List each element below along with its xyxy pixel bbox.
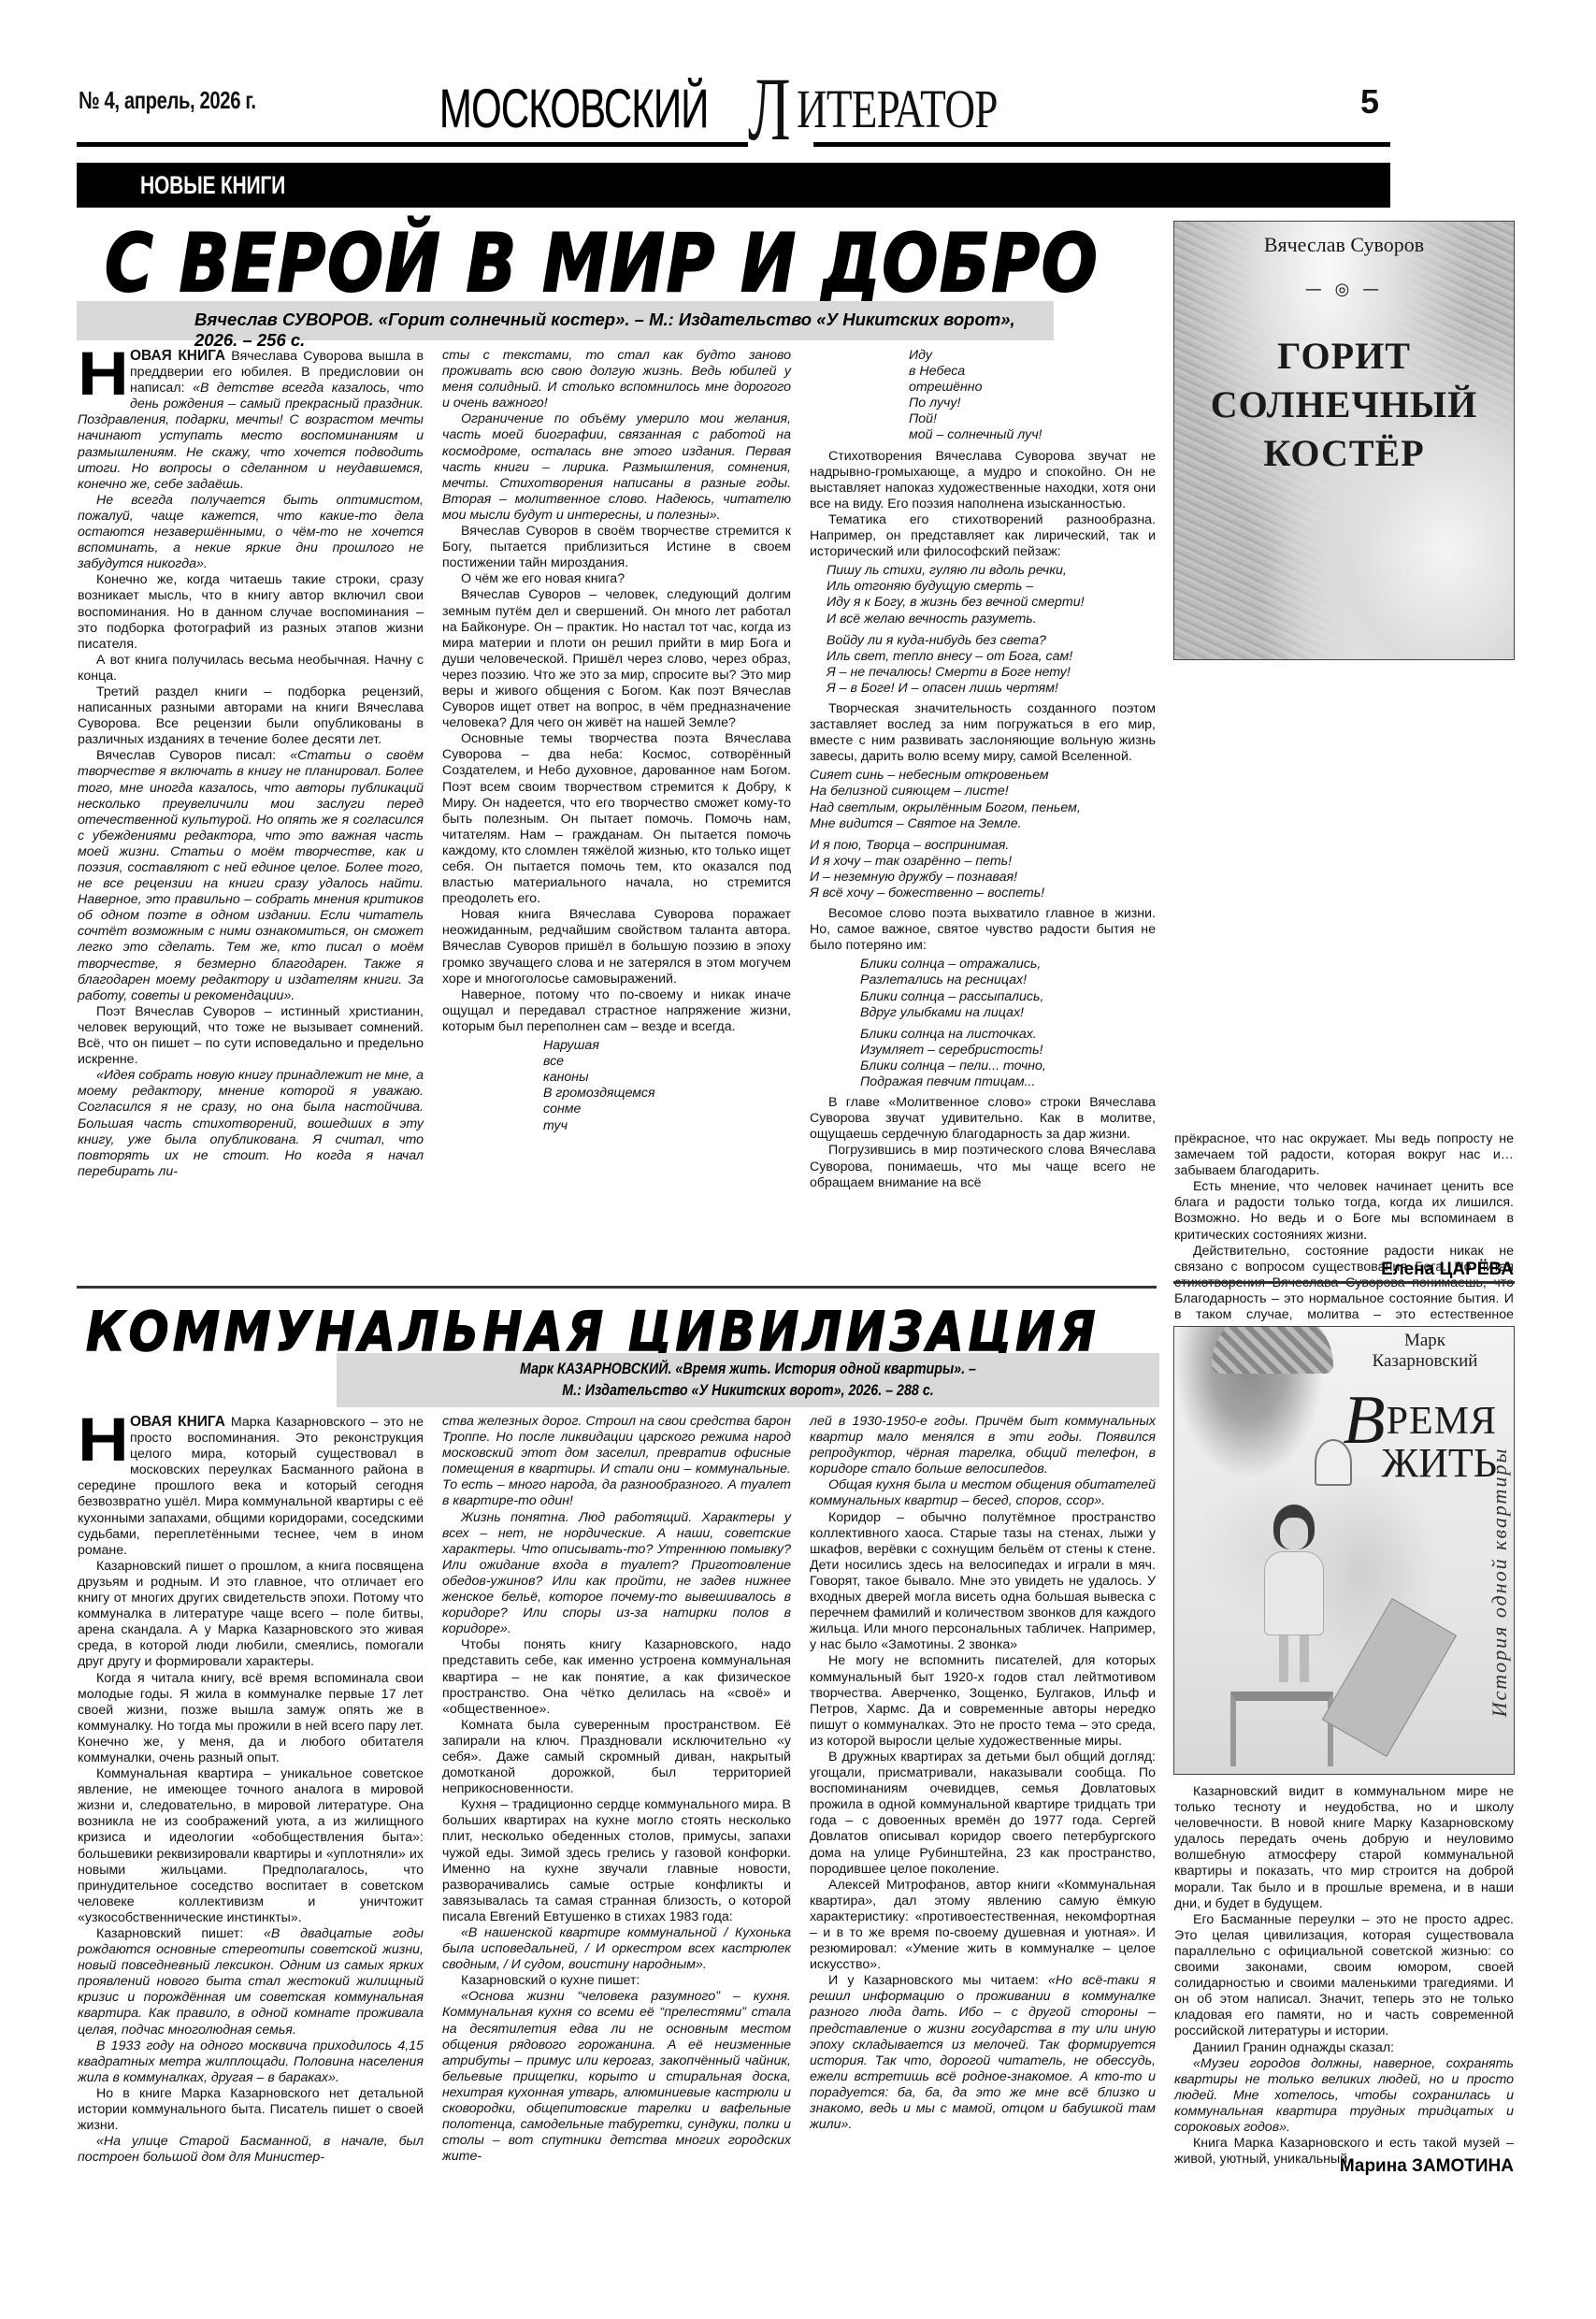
paragraph: сты с текстами, то стал как будто заново… — [442, 348, 791, 411]
article2-column-4: Казарновский видит в коммунальном мире н… — [1174, 1784, 1514, 2168]
article1-author-signature: Елена ЦАРЁВА — [1174, 1260, 1514, 1280]
cover-author-line: Казарновский — [1355, 1351, 1495, 1372]
page-number: 5 — [1360, 82, 1379, 122]
cover-author: Марк Казарновский — [1355, 1331, 1495, 1372]
paragraph: О чём же его новая книга? — [442, 571, 791, 587]
poem-line: сонме — [543, 1102, 791, 1117]
paragraph: Коммунальная квартира – уникальное совет… — [78, 1766, 424, 1926]
paragraph: В 1933 году на одного москвича приходило… — [78, 2038, 424, 2086]
poem-line: отрешённо — [909, 380, 1156, 396]
paragraph: Когда я читала книгу, всё время вспомина… — [78, 1671, 424, 1767]
book-cover-gorit-solnechny-koster: Вячеслав Суворов — ◎ — ГОРИТ СОЛНЕЧНЫЙ К… — [1173, 221, 1515, 660]
paragraph: Не могу не вспомнить писателей, для кото… — [810, 1653, 1156, 1750]
poem-line: По лучу! — [909, 396, 1156, 411]
article2-biblio: Марк КАЗАРНОВСКИЙ. «Время жить. История … — [337, 1353, 1159, 1407]
article2-column-2: ства железных дорог. Строил на свои сред… — [442, 1414, 791, 2165]
paragraph: Вячеслав Суворов в своём творчестве стре… — [442, 524, 791, 571]
poem-line: мой – солнечный луч! — [909, 427, 1156, 443]
paragraph: «Идея собрать новую книгу принадлежит не… — [78, 1068, 424, 1180]
paragraph: «Музеи городов должны, наверное, сохраня… — [1174, 2056, 1514, 2136]
article-divider — [1173, 1281, 1515, 1284]
poem: Иду в Небеса отрешённо По лучу! Пой! мой… — [810, 348, 1156, 444]
cover-title-initial: В — [1343, 1382, 1386, 1459]
paragraph: И у Казарновского мы читаем: «Но всё-так… — [810, 1973, 1156, 2133]
poem-line: Изумляет – серебристость! — [860, 1043, 1156, 1059]
cover-title-line: СОЛНЕЧНЫЙ — [1174, 381, 1514, 429]
section-label: НОВЫЕ КНИГИ — [140, 171, 285, 200]
cover-subtitle: История одной квартиры — [1488, 1428, 1512, 1736]
cover-author-line: Марк — [1355, 1331, 1495, 1351]
poem-line: И я хочу – так озарённо – петь! — [810, 854, 1156, 870]
paragraph: ства железных дорог. Строил на свои сред… — [442, 1414, 791, 1510]
poem-line: Мне видится – Святое на Земле. — [810, 816, 1156, 832]
paragraph: Общая кухня была и местом общения обитат… — [810, 1477, 1156, 1509]
cover-title-line: ЖИТЬ — [1382, 1439, 1497, 1487]
paragraph: «Основа жизни “человека разумного” – кух… — [442, 1989, 791, 2165]
spiral-ornament-icon: — ◎ — — [1174, 280, 1514, 299]
paragraph: Казарновский видит в коммунальном мире н… — [1174, 1784, 1514, 1912]
paragraph: Новая книга Вячеслава Суворова поражает … — [442, 907, 791, 987]
article2-column-3: лей в 1930-1950-е годы. Причём быт комму… — [810, 1414, 1156, 2133]
paragraph: В главе «Молитвенное слово» строки Вячес… — [810, 1095, 1156, 1143]
poem-line: Сияет синь – небесным откровеньем — [810, 768, 1156, 784]
paragraph: Стихотворения Вячеслава Суворова звучат … — [810, 449, 1156, 512]
cover-title-line: КОСТЁР — [1174, 429, 1514, 478]
poem-line: Пой! — [909, 411, 1156, 427]
paragraph: Вячеслав Суворов писал: «Статьи о своём … — [78, 748, 424, 1004]
section-banner: НОВЫЕ КНИГИ — [77, 163, 1390, 208]
text: И у Казарновского мы читаем: — [828, 1973, 1048, 1988]
paragraph: Поэт Вячеслав Суворов – истинный христиа… — [78, 1004, 424, 1068]
title-literator: ИТЕРАТОР — [797, 82, 971, 137]
paragraph: Алексей Митрофанов, автор книги «Коммуна… — [810, 1878, 1156, 1974]
article-divider — [77, 1286, 1157, 1289]
poem-line: Блики солнца – отражались, — [860, 957, 1156, 972]
article2-author-signature: Марина ЗАМОТИНА — [1174, 2156, 1514, 2177]
paragraph: Наверное, потому что по-своему и никак и… — [442, 987, 791, 1035]
paragraph: Конечно же, когда читаешь такие строки, … — [78, 572, 424, 652]
poem: Сияет синь – небесным откровеньем На бел… — [810, 768, 1156, 901]
paragraph: Казарновский пишет: «В двадцатые годы ро… — [78, 1926, 424, 2038]
poem-line: Блики солнца на листочках. — [860, 1027, 1156, 1043]
article2-column-1: НОВАЯ КНИГА Марка Казарновского – это не… — [78, 1414, 424, 2166]
paragraph: «На улице Старой Басманной, в начале, бы… — [78, 2134, 424, 2166]
paragraph: Кухня – традиционно сердце коммунального… — [442, 1797, 791, 1925]
poem: Пишу ль стихи, гуляю ли вдоль речки, Иль… — [810, 563, 1156, 697]
drop-cap: Н — [78, 349, 132, 397]
article1-column-3: Иду в Небеса отрешённо По лучу! Пой! мой… — [810, 348, 1156, 1191]
book-cover-vremya-zhit: Марк Казарновский ВРЕМЯ ЖИТЬ История одн… — [1173, 1326, 1515, 1775]
paragraph: Даниил Гранин однажды сказал: — [1174, 2040, 1514, 2056]
poem-line: все — [543, 1054, 791, 1070]
paragraph: Действительно, состояние радости никак н… — [1174, 1244, 1514, 1340]
poem-line: Нарушая — [543, 1038, 791, 1054]
paragraph: Казарновский пишет о прошлом, а книга по… — [78, 1559, 424, 1671]
quote: «Но всё-таки я решил информацию о прожив… — [810, 1973, 1156, 2132]
cover-title: ГОРИТ СОЛНЕЧНЫЙ КОСТЁР — [1174, 332, 1514, 478]
text: Казарновский пишет: — [96, 1926, 264, 1941]
article1-biblio: Вячеслав СУВОРОВ. «Горит солнечный косте… — [77, 301, 1054, 340]
paragraph: Ограничение по объёму умерило мои желани… — [442, 411, 791, 524]
poem-line: Над светлым, окрылённым Богом, пеньем, — [810, 800, 1156, 816]
poem-line: Я всё хочу – божественно – воспеть! — [810, 886, 1156, 901]
poem-line: Иду я к Богу, в жизнь без вечной смерти! — [827, 595, 1156, 611]
poem-line: Я – не печалюсь! Смерти в Боге нету! — [827, 665, 1156, 681]
poem-line: Блики солнца – рассыпались, — [860, 989, 1156, 1005]
poem-line: И я пою, Творца – воспринимая. — [810, 838, 1156, 854]
girl-illustration — [1257, 1505, 1331, 1720]
poem-line: На белизной сияющем – листе! — [810, 784, 1156, 799]
paragraph: Творческая значительность созданного поэ… — [810, 701, 1156, 765]
biblio-line: Марк КАЗАРНОВСКИЙ. «Время жить. История … — [402, 1358, 1093, 1379]
paragraph: Тематика его стихотворений разнообразна.… — [810, 512, 1156, 560]
biblio-line: М.: Издательство «У Никитских ворот», 20… — [402, 1379, 1093, 1401]
paragraph: Его Басманные переулки – это не просто а… — [1174, 1912, 1514, 2040]
poem-line: Иду — [909, 348, 1156, 364]
lead-bold: ОВАЯ КНИГА — [130, 1414, 225, 1430]
article1-lead-paragraph: НОВАЯ КНИГА Вячеслава Суворова вышла в п… — [78, 348, 424, 493]
paragraph: В дружных квартирах за детьми был общий … — [810, 1750, 1156, 1878]
paragraph: А вот книга получилась весьма необычная.… — [78, 653, 424, 684]
paragraph: прёкрасное, что нас окружает. Мы ведь по… — [1174, 1131, 1514, 1179]
paragraph: Комната была суверенным пространством. Е… — [442, 1718, 791, 1797]
poem-line: Иль свет, тепло внесу – от Бога, сам! — [827, 649, 1156, 665]
paragraph: Основные темы творчества поэта Вячеслава… — [442, 731, 791, 907]
poem-line: Войду ли я куда-нибудь без света? — [827, 633, 1156, 649]
lead-bold: ОВАЯ КНИГА — [130, 348, 225, 364]
poem-line: И всё желаю вечность разуметь. — [827, 612, 1156, 627]
poem-line: Иль отгоняю будущую смерть – — [827, 579, 1156, 595]
paragraph: Есть мнение, что человек начинает ценить… — [1174, 1179, 1514, 1243]
poem-line: В громоздящемся — [543, 1086, 791, 1102]
article1-column-1: НОВАЯ КНИГА Вячеслава Суворова вышла в п… — [78, 348, 424, 1180]
quote: «Статьи о своём творчестве я включать в … — [78, 748, 424, 1002]
poem-line: Разлетались на ресницах! — [860, 972, 1156, 988]
newspaper-title: МОСКОВСКИЙ Л ИТЕРАТОР — [439, 75, 1021, 137]
quote: «В двадцатые годы рождаются основные сте… — [78, 1926, 424, 2038]
paragraph: Казарновский о кухне пишет: — [442, 1973, 791, 1989]
paragraph: Коридор – обычно полутёмное пространство… — [810, 1510, 1156, 1654]
masthead: № 4, апрель, 2026 г. МОСКОВСКИЙ Л ИТЕРАТ… — [0, 0, 1596, 159]
poem-line: Я – в Боге! И – опасен лишь чертям! — [827, 681, 1156, 697]
poem-line: Подражая певчим птицам... — [860, 1074, 1156, 1090]
masthead-rule-left — [77, 142, 748, 147]
paragraph: Не всегда получается быть оптимистом, по… — [78, 493, 424, 572]
article1-column-2: сты с текстами, то стал как будто заново… — [442, 348, 791, 1139]
article2-lead-paragraph: НОВАЯ КНИГА Марка Казарновского – это не… — [78, 1414, 424, 1559]
masthead-rule-right — [813, 142, 1390, 147]
paragraph: Погрузившись в мир поэтического слова Вя… — [810, 1143, 1156, 1190]
paragraph: Но в книге Марка Казарновского нет детал… — [78, 2086, 424, 2134]
poem-line: каноны — [543, 1070, 791, 1086]
paragraph: Третий раздел книги – подборка рецензий,… — [78, 684, 424, 748]
paragraph: Чтобы понять книгу Казарновского, надо п… — [442, 1637, 791, 1717]
poem: Блики солнца – отражались, Разлетались н… — [810, 957, 1156, 1090]
paragraph: лей в 1930-1950-е годы. Причём быт комму… — [810, 1414, 1156, 1477]
paragraph: Жизнь понятна. Люд работящий. Характеры … — [442, 1510, 791, 1638]
poem: Нарушая все каноны В громоздящемся сонме… — [442, 1038, 791, 1134]
stool-illustration — [1230, 1692, 1333, 1766]
title-initial: Л — [748, 69, 782, 150]
paragraph: Весомое слово поэта выхватило главное в … — [810, 906, 1156, 954]
title-moscow: МОСКОВСКИЙ — [439, 82, 662, 137]
washboard-illustration — [1322, 1598, 1457, 1757]
poem-line: в Небеса — [909, 364, 1156, 380]
paragraph: «В нашенской квартире коммунальной / Кух… — [442, 1925, 791, 1973]
poem-line: И – неземную дружбу – познавая! — [810, 870, 1156, 886]
poem-line: Пишу ль стихи, гуляю ли вдоль речки, — [827, 563, 1156, 579]
drop-cap: Н — [78, 1415, 132, 1463]
poem-line: Блики солнца – пели... точно, — [860, 1059, 1156, 1074]
cover-title-rest: РЕМЯ — [1387, 1400, 1497, 1443]
cover-author: Вячеслав Суворов — [1174, 233, 1514, 257]
poem-line: туч — [543, 1118, 791, 1134]
cover-title-line: ГОРИТ — [1174, 332, 1514, 381]
lamp-illustration — [1212, 1326, 1333, 1374]
text: Вячеслав Суворов писал: — [96, 748, 290, 763]
poem-line: Вдруг улыбками на лицах! — [860, 1005, 1156, 1021]
article1-headline: С ВЕРОЙ В МИР И ДОБРО — [105, 217, 1099, 310]
paragraph: Вячеслав Суворов – человек, следующий до… — [442, 587, 791, 731]
issue-date: № 4, апрель, 2026 г. — [79, 86, 256, 115]
